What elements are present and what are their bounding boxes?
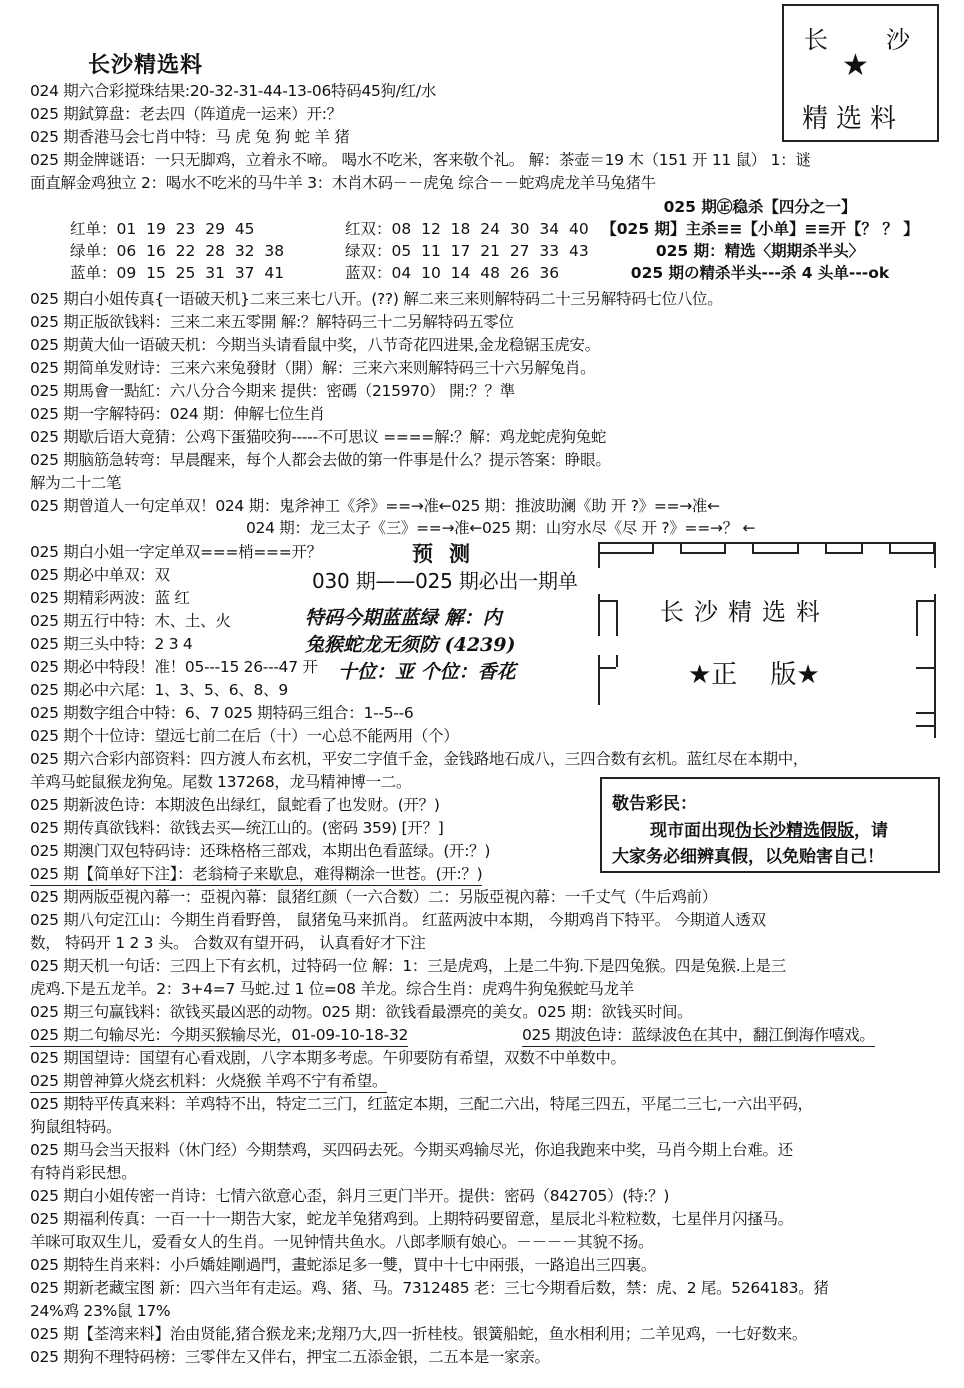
handwritten-line: 兔猴蛇龙无须防 (4239) bbox=[305, 630, 515, 657]
notice-heading: 敬告彩民： bbox=[612, 789, 697, 814]
green-double-row: 绿双：05 11 17 21 27 33 43 bbox=[345, 240, 589, 262]
kill-line: 025 期㊣稳杀【四分之一】 bbox=[585, 196, 935, 218]
text-line: 025 期必中六尾：1、3、5、6、8、9 bbox=[30, 679, 288, 701]
notice-line-1: 现市面出现伪长沙精选假版，请 bbox=[650, 816, 888, 841]
text-line: 025 期澳门双包特码诗：还珠格格三部戏，本期出色看蓝绿。(开:？) bbox=[30, 840, 490, 862]
prediction-heading: 预测 bbox=[412, 538, 486, 568]
text-line: 025 期六合彩内部资料：四方渡人布玄机，平安二字值千金，金钱路地石成八，三四合… bbox=[30, 748, 808, 770]
frame-title: 长沙精选料 bbox=[660, 592, 830, 627]
kill-line: 025 期：精选〈期期杀半头〉 bbox=[585, 240, 935, 262]
frame-notch bbox=[825, 542, 863, 554]
text-line: 面直解金鸡独立 2：喝水不吃米的马牛羊 3：木肖木码－－虎兔 综合－－蛇鸡虎龙羊… bbox=[30, 172, 656, 194]
text-line: 025 期馬會一點紅：六八分合今期来 提供：密碼（215970） 開:？？準 bbox=[30, 380, 515, 402]
text-line: 024 期：龙三太子《三》==→准←025 期：山穷水尽《尽 开 ?》==→？ … bbox=[246, 517, 755, 539]
text-line: 025 期香港马会七肖中特：马 虎 兔 狗 蛇 羊 猪 bbox=[30, 126, 349, 148]
blue-double-row: 蓝双：04 10 14 48 26 36 bbox=[345, 262, 589, 284]
kill-line: 【025 期】主杀≡≡【小单】≡≡开【？ ？ 】 bbox=[585, 218, 935, 240]
text-line: 025 期两版亞視內幕一：亞視內幕：鼠猪红颜（一六合数）二：另版亞視內幕：一千丈… bbox=[30, 886, 717, 908]
text-line: 025 期传真欲钱料：欲钱去买—统江山的。(密码 359) [开？] bbox=[30, 817, 443, 839]
kill-line: 025 期の精杀半头---杀 4 头单---ok bbox=[585, 262, 935, 284]
text-line: 025 期曾道人一句定单双！024 期：鬼斧神工《斧》==→准←025 期：推波… bbox=[30, 495, 720, 517]
notice-box: 敬告彩民： 现市面出现伪长沙精选假版，请 大家务必细辨真假，以免贻害自己！ bbox=[600, 777, 940, 873]
text-line: 025 期福利传真：一百一十一期告大家，蛇龙羊兔猪鸡到。上期特码要留意，星辰北斗… bbox=[30, 1208, 793, 1230]
text-line: 025 期鉽算盘：老去四（阵道虎一运来）开:？ bbox=[30, 103, 342, 125]
text-line: 025 期白小姐一字定单双===梢===开？ bbox=[30, 541, 322, 563]
text-line: 025 期三句赢钱料：欲钱买最凶恶的动物。025 期：欲钱看最漂亮的美女。025… bbox=[30, 1001, 692, 1023]
text-line: 狗鼠组特码。 bbox=[30, 1116, 121, 1138]
star-icon: ★ bbox=[842, 48, 869, 83]
green-single-row: 绿单：06 16 22 28 32 38 bbox=[70, 240, 284, 262]
text-line-underlined: 025 期曾神算火烧玄机料：火烧猴 羊鸡不宁有希望。 bbox=[30, 1070, 387, 1093]
frame-notch bbox=[598, 542, 654, 554]
edition-frame: 长沙精选料 ★正 版★ bbox=[598, 542, 954, 738]
text-line: 025 期脑筋急转弯：早晨醒来，每个人都会去做的第一件事是什么？提示答案：睁眼。 bbox=[30, 449, 611, 471]
logo-char-chang: 长 bbox=[804, 20, 828, 55]
text-line: 025 期一字解特码：024 期：伸解七位生肖 bbox=[30, 403, 325, 425]
text-line: 025 期国望诗：国望有心看戏剧，八字本期多考虑。午卯要防有希望，双数不中单数中… bbox=[30, 1047, 626, 1069]
text-line: 025 期【荃湾来料】治由贤能,猪合猴龙来;龙翔乃大,四一折桂枝。银簧船蛇，鱼水… bbox=[30, 1323, 807, 1345]
text-line: 025 期简单发财诗：三来六来兔發財（開）解：三来六来则解特码三十六另解兔肖。 bbox=[30, 357, 595, 379]
text-line: 025 期特平传真来料：羊鸡特不出，特定二三门，红蓝定本期，三配二六出，特尾三四… bbox=[30, 1093, 813, 1115]
handwritten-line: 十位：亚 个位：香花 bbox=[338, 657, 516, 684]
text-line: 025 期金牌谜语：一只无脚鸡，立着永不啼。 喝水不吃米，客来敬个礼。 解：茶壶… bbox=[30, 149, 811, 171]
frame-notch bbox=[680, 542, 726, 554]
handwritten-line: 特码今期蓝蓝绿 解：内 bbox=[305, 603, 502, 630]
text-line: 羊鸡马蛇鼠猴龙狗兔。尾数 137268，龙马精神博一二。 bbox=[30, 771, 411, 793]
text-line: 025 期歇后语大竟猜：公鸡下蛋猫咬狗-----不可思议 ====解:？解：鸡龙… bbox=[30, 426, 606, 448]
text-line: 025 期黄大仙一语破天机：今期当头请看鼠中奖，八节奇花四进果,金龙稳锯玉虎安。 bbox=[30, 334, 600, 356]
text-line: 025 期新波色诗：本期波色出绿红，鼠蛇看了也发财。(开？) bbox=[30, 794, 440, 816]
text-line: 虎鸡.下是五龙羊。2：3+4=7 马蛇.过 1 位=08 羊龙。综合生肖：虎鸡牛… bbox=[30, 978, 634, 1000]
text-line-underlined: 025 期波色诗：蓝绿波色在其中，翻江倒海作嘻戏。 bbox=[522, 1024, 875, 1047]
page-title: 长沙精选料 bbox=[88, 48, 203, 79]
text-line: 数， 特码开 1 2 3 头。 合数双有望开码， 认真看好才下注 bbox=[30, 932, 425, 954]
logo-char-sha: 沙 bbox=[886, 20, 910, 55]
text-line: 025 期必中特段！准！05---15 26---47 开 bbox=[30, 656, 318, 678]
text-line: 025 期三头中特：2 3 4 bbox=[30, 633, 192, 655]
single-colors-table: 红单：01 19 23 29 45 绿单：06 16 22 28 32 38 蓝… bbox=[70, 218, 284, 284]
text-line: 025 期个十位诗：望远七前二在后（十）一心总不能两用（个） bbox=[30, 725, 459, 747]
text-line: 025 期八句定江山：今期生肖看野兽， 鼠猪兔马来抓肖。 红蓝两波中本期， 今期… bbox=[30, 909, 766, 931]
prediction-subtitle: 030 期——025 期必出一期单 bbox=[312, 565, 578, 594]
text-line: 025 期马会当天报料（休门经）今期禁鸡，买四码去死。今期买鸡输尽光，你追我跑来… bbox=[30, 1139, 793, 1161]
text-line: 解为二十二笔 bbox=[30, 472, 121, 494]
text-line: 025 期白小姐传真{一语破天机}二来三来七八开。(??) 解二来三来则解特码二… bbox=[30, 288, 722, 310]
logo-subtitle: 精选料 bbox=[802, 98, 904, 135]
logo-box: 长 沙 ★ 精选料 bbox=[782, 4, 939, 142]
text-line-underlined: 025 期【简单好下注】：老翁椅子来歇息，难得糊涂一世苍。(开:？) bbox=[30, 863, 482, 886]
red-double-row: 红双：08 12 18 24 30 34 40 bbox=[345, 218, 589, 240]
text-line: 24%鸡 23%鼠 17% bbox=[30, 1300, 170, 1322]
double-colors-table: 红双：08 12 18 24 30 34 40 绿双：05 11 17 21 2… bbox=[345, 218, 589, 284]
text-line: 025 期五行中特：木、土、火 bbox=[30, 610, 231, 632]
notice-line-2: 大家务必细辨真假，以免贻害自己！ bbox=[612, 842, 884, 867]
text-line: 025 期新老藏宝图 新：四六当年有走运。鸡、猪、马。7312485 老：三七今… bbox=[30, 1277, 829, 1299]
text-line: 025 期正版欲钱料：三来二来五零開 解:？解特码三十二另解特码五零位 bbox=[30, 311, 514, 333]
text-line: 024 期六合彩搅珠结果:20-32-31-44-13-06特码45狗/红/水 bbox=[30, 80, 436, 102]
frame-notch bbox=[752, 542, 799, 554]
text-line: 羊咪可取双生儿，爱看女人的生肖。一见钟情共鱼水。八郎孝顺有娘心。－－－－其貌不扬… bbox=[30, 1231, 653, 1253]
text-line: 025 期白小姐传密一肖诗：七情六欲意心歪，斜月三更门半开。提供：密码（8427… bbox=[30, 1185, 669, 1207]
text-line: 有特肖彩民想。 bbox=[30, 1162, 136, 1184]
frame-notch bbox=[889, 542, 935, 554]
text-line: 025 期必中单双：双 bbox=[30, 564, 170, 586]
text-line: 025 期精彩两波：蓝 红 bbox=[30, 587, 190, 609]
red-single-row: 红单：01 19 23 29 45 bbox=[70, 218, 284, 240]
text-line: 025 期特生肖来料：小戶嬌娃剛過門，畫蛇添足多一雙，買中十七中兩張，一路追出三… bbox=[30, 1254, 656, 1276]
text-line: 025 期狗不理特码榜：三零伴左又伴右，押宝二五添金银，二五本是一家亲。 bbox=[30, 1346, 550, 1368]
text-line: 025 期数字组合中特：6、7 025 期特码三组合：1--5--6 bbox=[30, 702, 413, 724]
text-line-underlined: 025 期二句输尽光：今期买猴输尽光，01-09-10-18-32 bbox=[30, 1024, 408, 1047]
blue-single-row: 蓝单：09 15 25 31 37 41 bbox=[70, 262, 284, 284]
text-line: 025 期天机一句话：三四上下有玄机，过特码一位 解：1：三是虎鸡，上是二牛狗.… bbox=[30, 955, 786, 977]
frame-version: ★正 版★ bbox=[688, 654, 820, 691]
